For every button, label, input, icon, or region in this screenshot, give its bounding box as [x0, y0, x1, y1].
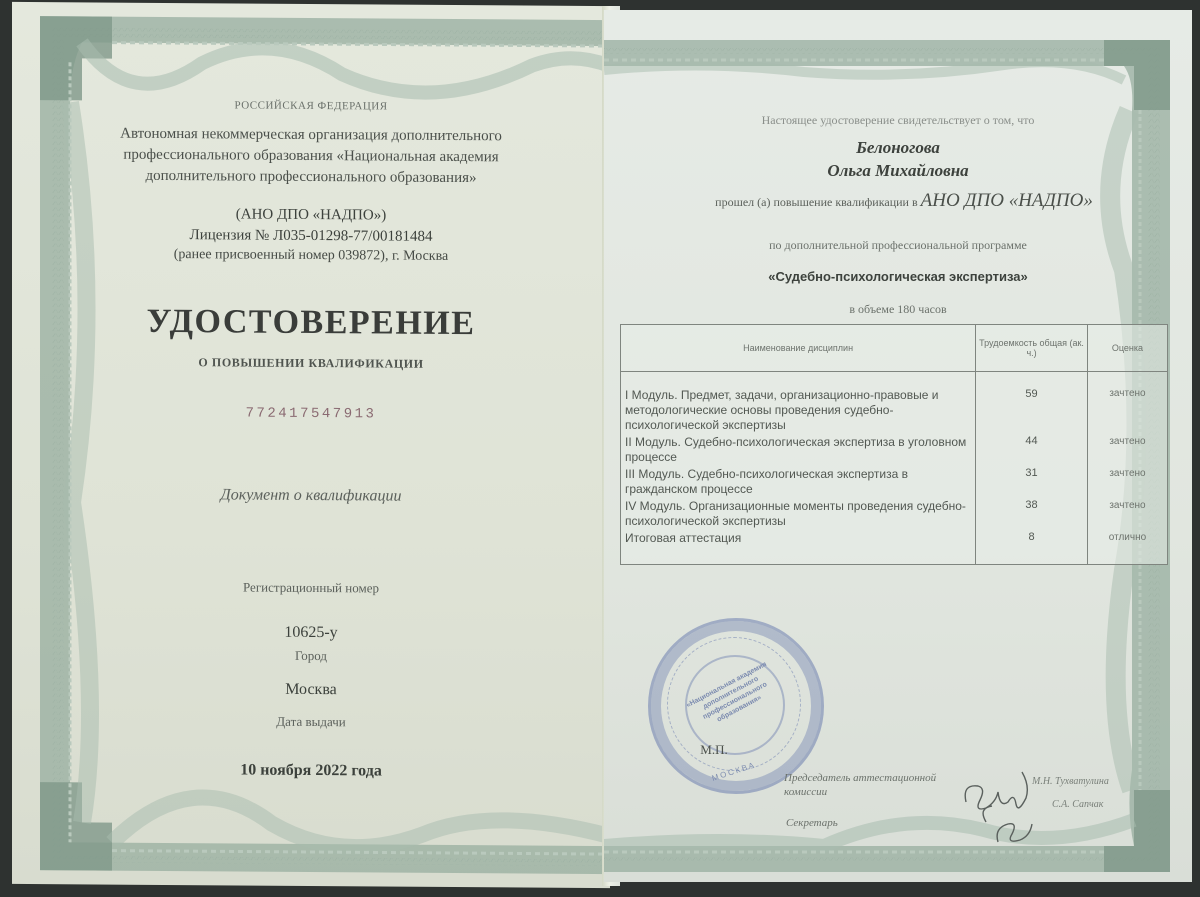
holder-given-names: Ольга Михайловна	[624, 161, 1172, 181]
secretary-name: С.А. Сапчак	[1052, 799, 1103, 810]
issue-date: 10 ноября 2022 года	[12, 760, 610, 782]
discipline-cell: II Модуль. Судебно-психологическая экспе…	[621, 434, 976, 466]
chair-name: М.Н. Тухватулина	[1032, 776, 1109, 787]
organization-short-name: (АНО ДПО «НАДПО»)	[12, 205, 610, 226]
header-hours: Трудоемкость общая (ак. ч.)	[976, 325, 1088, 372]
intro-statement: Настоящее удостоверение свидетельствует …	[624, 113, 1172, 128]
completion-statement: прошел (а) повышение квалификации в АНО …	[624, 190, 1184, 212]
table-row: I Модуль. Предмет, задачи, организационн…	[621, 372, 1168, 435]
document-title: УДОСТОВЕРЕНИЕ	[12, 302, 610, 344]
hours-cell: 31	[976, 466, 1088, 498]
discipline-cell: Итоговая аттестация	[621, 530, 976, 565]
hours-cell: 38	[976, 498, 1088, 530]
country-header: РОССИЙСКАЯ ФЕДЕРАЦИЯ	[12, 98, 610, 114]
holder-surname: Белоногова	[624, 138, 1172, 158]
discipline-cell: IV Модуль. Организационные моменты прове…	[621, 498, 976, 530]
grade-cell: зачтено	[1087, 434, 1167, 466]
city-value: Москва	[12, 679, 610, 701]
registration-number-label: Регистрационный номер	[12, 578, 610, 598]
issue-date-label: Дата выдачи	[12, 712, 610, 732]
table-row: IV Модуль. Организационные моменты прове…	[621, 498, 1168, 530]
grade-cell: отлично	[1087, 530, 1167, 565]
hours-cell: 44	[976, 434, 1088, 466]
table-header-row: Наименование дисциплин Трудоемкость обща…	[621, 325, 1168, 372]
completion-organization: АНО ДПО «НАДПО»	[921, 190, 1093, 211]
secretary-label: Секретарь	[786, 817, 838, 829]
city-label: Город	[12, 646, 610, 666]
secretary-signature-icon	[992, 810, 1036, 850]
hours-cell: 8	[976, 530, 1088, 565]
header-discipline: Наименование дисциплин	[621, 325, 976, 372]
official-seal: «Национальная академия дополнительного п…	[648, 618, 824, 794]
serial-number: 772417547913	[12, 404, 610, 424]
table-row: III Модуль. Судебно-психологическая эксп…	[621, 466, 1168, 498]
organization-full-name: Автономная некоммерческая организация до…	[12, 123, 610, 190]
seal-place-mark: М.П.	[674, 742, 754, 758]
discipline-cell: III Модуль. Судебно-психологическая эксп…	[621, 466, 976, 498]
program-volume: в объеме 180 часов	[624, 302, 1172, 317]
previous-license-number: (ранее присвоенный номер 039872), г. Мос…	[12, 246, 610, 266]
table-row: Итоговая аттестация8отлично	[621, 530, 1168, 565]
header-grade: Оценка	[1087, 325, 1167, 372]
table-row: II Модуль. Судебно-психологическая экспе…	[621, 434, 1168, 466]
hours-cell: 59	[976, 372, 1088, 435]
completion-text: прошел (а) повышение квалификации в	[715, 195, 917, 209]
license-number: Лицензия № Л035-01298-77/00181484	[12, 226, 610, 247]
program-label: по дополнительной профессиональной прогр…	[624, 238, 1172, 253]
disciplines-table: Наименование дисциплин Трудоемкость обща…	[620, 324, 1168, 565]
certificate-left-page: РОССИЙСКАЯ ФЕДЕРАЦИЯ Автономная некоммер…	[12, 2, 610, 888]
chair-label: Председатель аттестационной комиссии	[784, 771, 954, 799]
certificate-right-page: Настоящее удостоверение свидетельствует …	[604, 10, 1192, 882]
grade-cell: зачтено	[1087, 498, 1167, 530]
discipline-cell: I Модуль. Предмет, задачи, организационн…	[621, 372, 976, 435]
document-subtitle: О ПОВЫШЕНИИ КВАЛИФИКАЦИИ	[12, 354, 610, 373]
grade-cell: зачтено	[1087, 372, 1167, 435]
grade-cell: зачтено	[1087, 466, 1167, 498]
program-title: «Судебно-психологическая экспертиза»	[624, 269, 1172, 284]
table-body: I Модуль. Предмет, задачи, организационн…	[621, 372, 1168, 565]
registration-number: 10625-у	[12, 622, 610, 644]
document-type: Документ о квалификации	[12, 485, 610, 507]
